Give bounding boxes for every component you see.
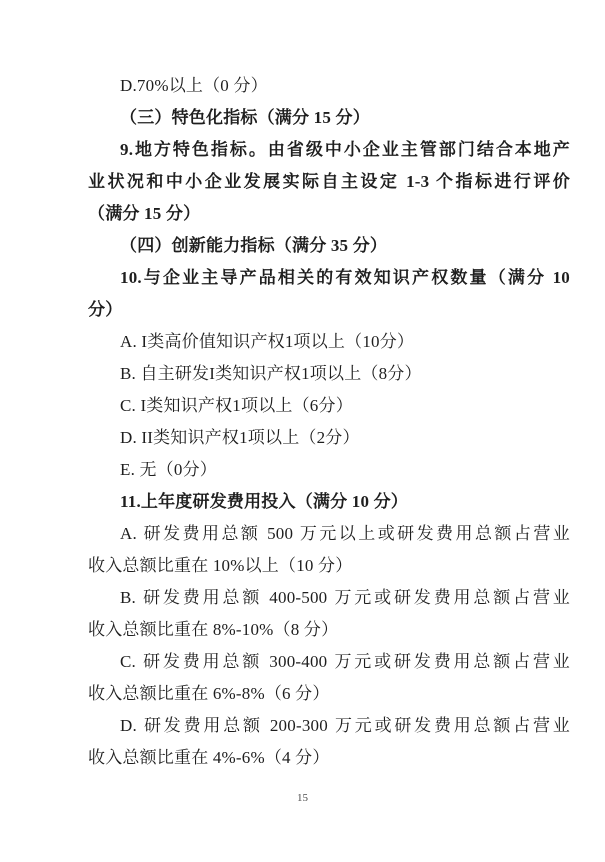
text-line: 收入总额比重在 10%以上（10 分） — [88, 550, 570, 582]
text-line: （四）创新能力指标（满分 35 分） — [88, 230, 570, 262]
text-line: 10.与企业主导产品相关的有效知识产权数量（满分 10 — [88, 262, 570, 294]
text-line: 分） — [88, 294, 570, 326]
text-line: C. 研发费用总额 300-400 万元或研发费用总额占营业 — [88, 646, 570, 678]
text-line: D. II类知识产权1项以上（2分） — [88, 422, 570, 454]
document-page: D.70%以上（0 分）（三）特色化指标（满分 15 分）9.地方特色指标。由省… — [0, 0, 605, 862]
text-line: A. 研发费用总额 500 万元以上或研发费用总额占营业 — [88, 518, 570, 550]
text-line: 业状况和中小企业发展实际自主设定 1-3 个指标进行评价 — [88, 166, 570, 198]
text-line: （满分 15 分） — [88, 198, 570, 230]
text-line: 收入总额比重在 4%-6%（4 分） — [88, 742, 570, 774]
text-line: E. 无（0分） — [88, 454, 570, 486]
text-line: D.70%以上（0 分） — [88, 70, 570, 102]
text-line: B. 自主研发I类知识产权1项以上（8分） — [88, 358, 570, 390]
text-line: 收入总额比重在 6%-8%（6 分） — [88, 678, 570, 710]
text-line: D. 研发费用总额 200-300 万元或研发费用总额占营业 — [88, 710, 570, 742]
text-line: A. I类高价值知识产权1项以上（10分） — [88, 326, 570, 358]
text-line: 收入总额比重在 8%-10%（8 分） — [88, 614, 570, 646]
page-number: 15 — [0, 792, 605, 804]
text-line: B. 研发费用总额 400-500 万元或研发费用总额占营业 — [88, 582, 570, 614]
document-text-block: D.70%以上（0 分）（三）特色化指标（满分 15 分）9.地方特色指标。由省… — [88, 70, 570, 774]
text-line: 9.地方特色指标。由省级中小企业主管部门结合本地产 — [88, 134, 570, 166]
text-line: （三）特色化指标（满分 15 分） — [88, 102, 570, 134]
text-line: 11.上年度研发费用投入（满分 10 分） — [88, 486, 570, 518]
text-line: C. I类知识产权1项以上（6分） — [88, 390, 570, 422]
